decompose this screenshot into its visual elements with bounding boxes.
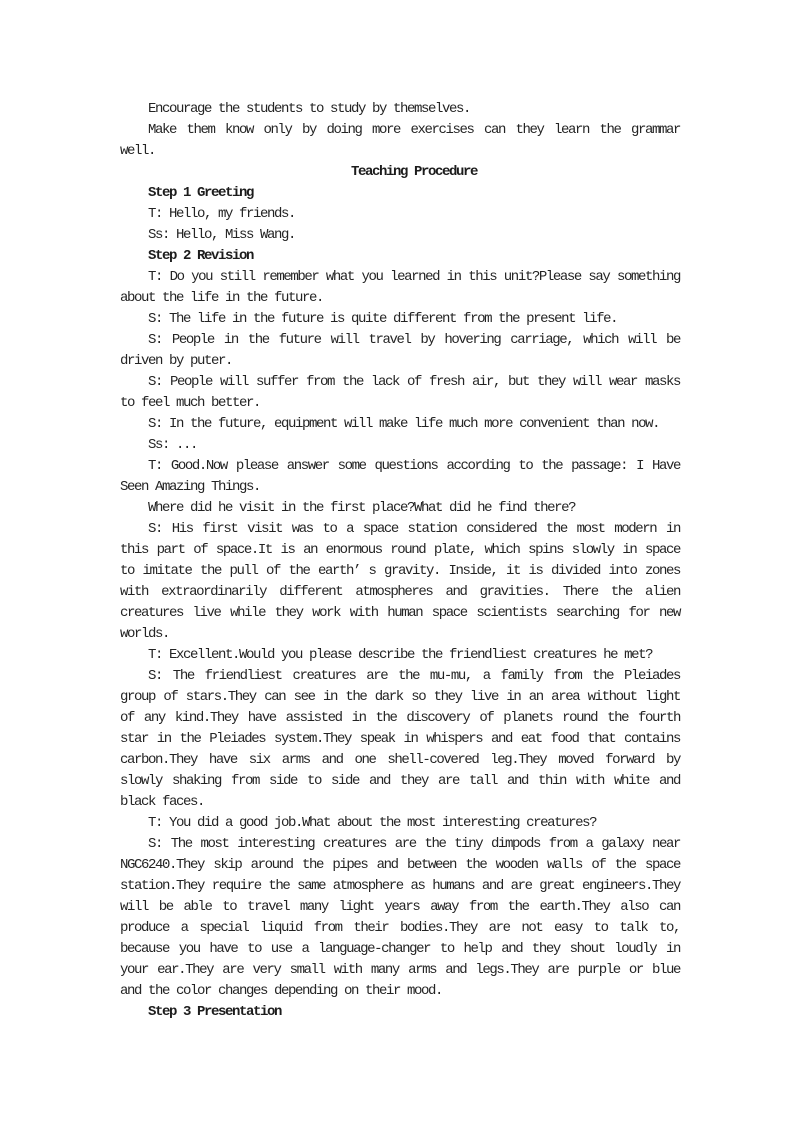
- text-line: to feel much better.: [120, 393, 680, 414]
- text-line: Seen Amazing Things.: [120, 477, 680, 498]
- text-line: black faces.: [120, 792, 680, 813]
- text-line: because you have to use a language-chang…: [120, 939, 680, 960]
- text-line: driven by puter.: [120, 351, 680, 372]
- text-line: about the life in the future.: [120, 288, 680, 309]
- text-line: S: People will suffer from the lack of f…: [120, 372, 680, 393]
- text-line: T: Excellent.Would you please describe t…: [120, 645, 680, 666]
- text-line: Make them know only by doing more exerci…: [120, 120, 680, 141]
- text-line: star in the Pleiades system.They speak i…: [120, 729, 680, 750]
- text-line: with extraordinarily different atmospher…: [120, 582, 680, 603]
- text-line: Ss: Hello, Miss Wang.: [120, 225, 680, 246]
- text-line: group of stars.They can see in the dark …: [120, 687, 680, 708]
- text-line: S: The life in the future is quite diffe…: [120, 309, 680, 330]
- text-line: S: People in the future will travel by h…: [120, 330, 680, 351]
- text-line: S: In the future, equipment will make li…: [120, 414, 680, 435]
- text-line: S: The most interesting creatures are th…: [120, 834, 680, 855]
- text-line: T: Do you still remember what you learne…: [120, 267, 680, 288]
- text-line: this part of space.It is an enormous rou…: [120, 540, 680, 561]
- text-line: T: Hello, my friends.: [120, 204, 680, 225]
- text-line: S: The friendliest creatures are the mu-…: [120, 666, 680, 687]
- text-line: T: Good.Now please answer some questions…: [120, 456, 680, 477]
- text-line: Ss: ...: [120, 435, 680, 456]
- text-line: well.: [120, 141, 680, 162]
- text-line: carbon.They have six arms and one shell-…: [120, 750, 680, 771]
- text-line: produce a special liquid from their bodi…: [120, 918, 680, 939]
- text-line: creatures live while they work with huma…: [120, 603, 680, 624]
- text-line: and the color changes depending on their…: [120, 981, 680, 1002]
- document-title: Teaching Procedure: [120, 162, 680, 183]
- text-line: worlds.: [120, 624, 680, 645]
- text-line: T: You did a good job.What about the mos…: [120, 813, 680, 834]
- step-1-heading: Step 1 Greeting: [120, 183, 680, 204]
- step-3-heading: Step 3 Presentation: [120, 1002, 680, 1023]
- text-line: S: His first visit was to a space statio…: [120, 519, 680, 540]
- text-line: Encourage the students to study by thems…: [120, 99, 680, 120]
- document-page: Encourage the students to study by thems…: [0, 0, 800, 1132]
- text-line: to imitate the pull of the earth’ s grav…: [120, 561, 680, 582]
- text-line: your ear.They are very small with many a…: [120, 960, 680, 981]
- text-line: slowly shaking from side to side and the…: [120, 771, 680, 792]
- text-line: Where did he visit in the first place?Wh…: [120, 498, 680, 519]
- text-line: will be able to travel many light years …: [120, 897, 680, 918]
- step-2-heading: Step 2 Revision: [120, 246, 680, 267]
- text-line: NGC6240.They skip around the pipes and b…: [120, 855, 680, 876]
- text-line: station.They require the same atmosphere…: [120, 876, 680, 897]
- text-line: of any kind.They have assisted in the di…: [120, 708, 680, 729]
